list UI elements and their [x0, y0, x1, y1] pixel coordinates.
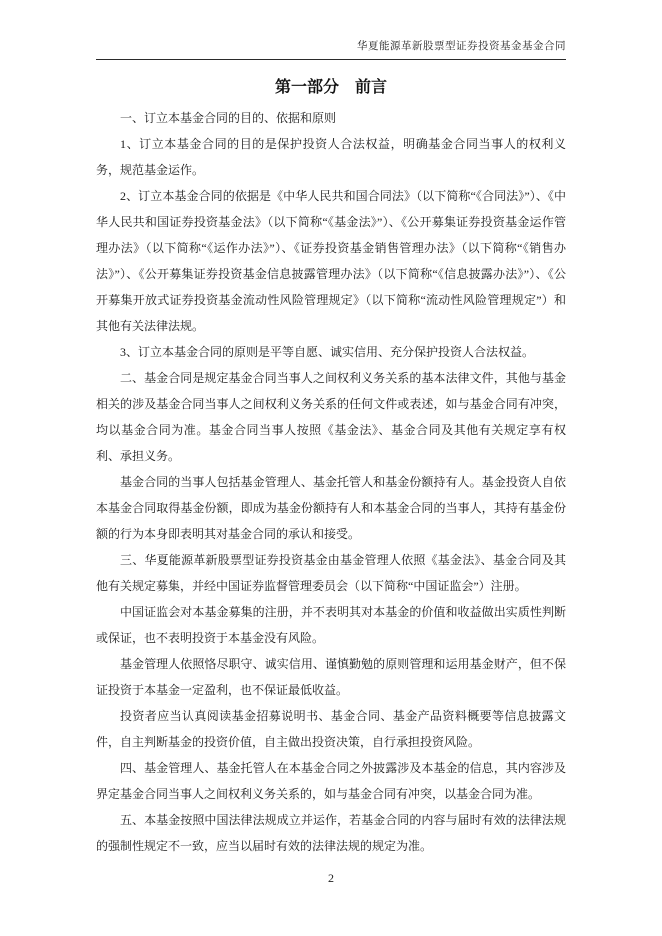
paragraph: 投资者应当认真阅读基金招募说明书、基金合同、基金产品资料概要等信息披露文件，自主… [96, 703, 566, 755]
document-page: 华夏能源革新股票型证券投资基金基金合同 第一部分 前言 一、订立本基金合同的目的… [0, 0, 662, 936]
paragraph: 五、本基金按照中国法律法规成立并运作，若基金合同的内容与届时有效的法律法规的强制… [96, 807, 566, 859]
page-header: 华夏能源革新股票型证券投资基金基金合同 [96, 40, 566, 60]
page-number: 2 [0, 871, 662, 886]
paragraph: 二、基金合同是规定基金合同当事人之间权利义务关系的基本法律文件，其他与基金相关的… [96, 365, 566, 469]
section-title: 第一部分 前言 [96, 79, 566, 96]
paragraph: 基金合同的当事人包括基金管理人、基金托管人和基金份额持有人。基金投资人自依本基金… [96, 469, 566, 547]
paragraph: 三、华夏能源革新股票型证券投资基金由基金管理人依照《基金法》、基金合同及其他有关… [96, 547, 566, 599]
paragraph: 一、订立本基金合同的目的、依据和原则 [96, 105, 566, 131]
paragraph: 四、基金管理人、基金托管人在本基金合同之外披露涉及本基金的信息，其内容涉及界定基… [96, 755, 566, 807]
paragraph: 2、订立本基金合同的依据是《中华人民共和国合同法》（以下简称“《合同法》”）、《… [96, 183, 566, 339]
paragraph: 1、订立本基金合同的目的是保护投资人合法权益，明确基金合同当事人的权利义务，规范… [96, 131, 566, 183]
paragraph: 基金管理人依照恪尽职守、诚实信用、谨慎勤勉的原则管理和运用基金财产，但不保证投资… [96, 651, 566, 703]
paragraph: 中国证监会对本基金募集的注册，并不表明其对本基金的价值和收益做出实质性判断或保证… [96, 599, 566, 651]
page-header-title: 华夏能源革新股票型证券投资基金基金合同 [357, 41, 566, 52]
paragraph: 3、订立本基金合同的原则是平等自愿、诚实信用、充分保护投资人合法权益。 [96, 339, 566, 365]
document-body: 一、订立本基金合同的目的、依据和原则 1、订立本基金合同的目的是保护投资人合法权… [96, 105, 566, 859]
